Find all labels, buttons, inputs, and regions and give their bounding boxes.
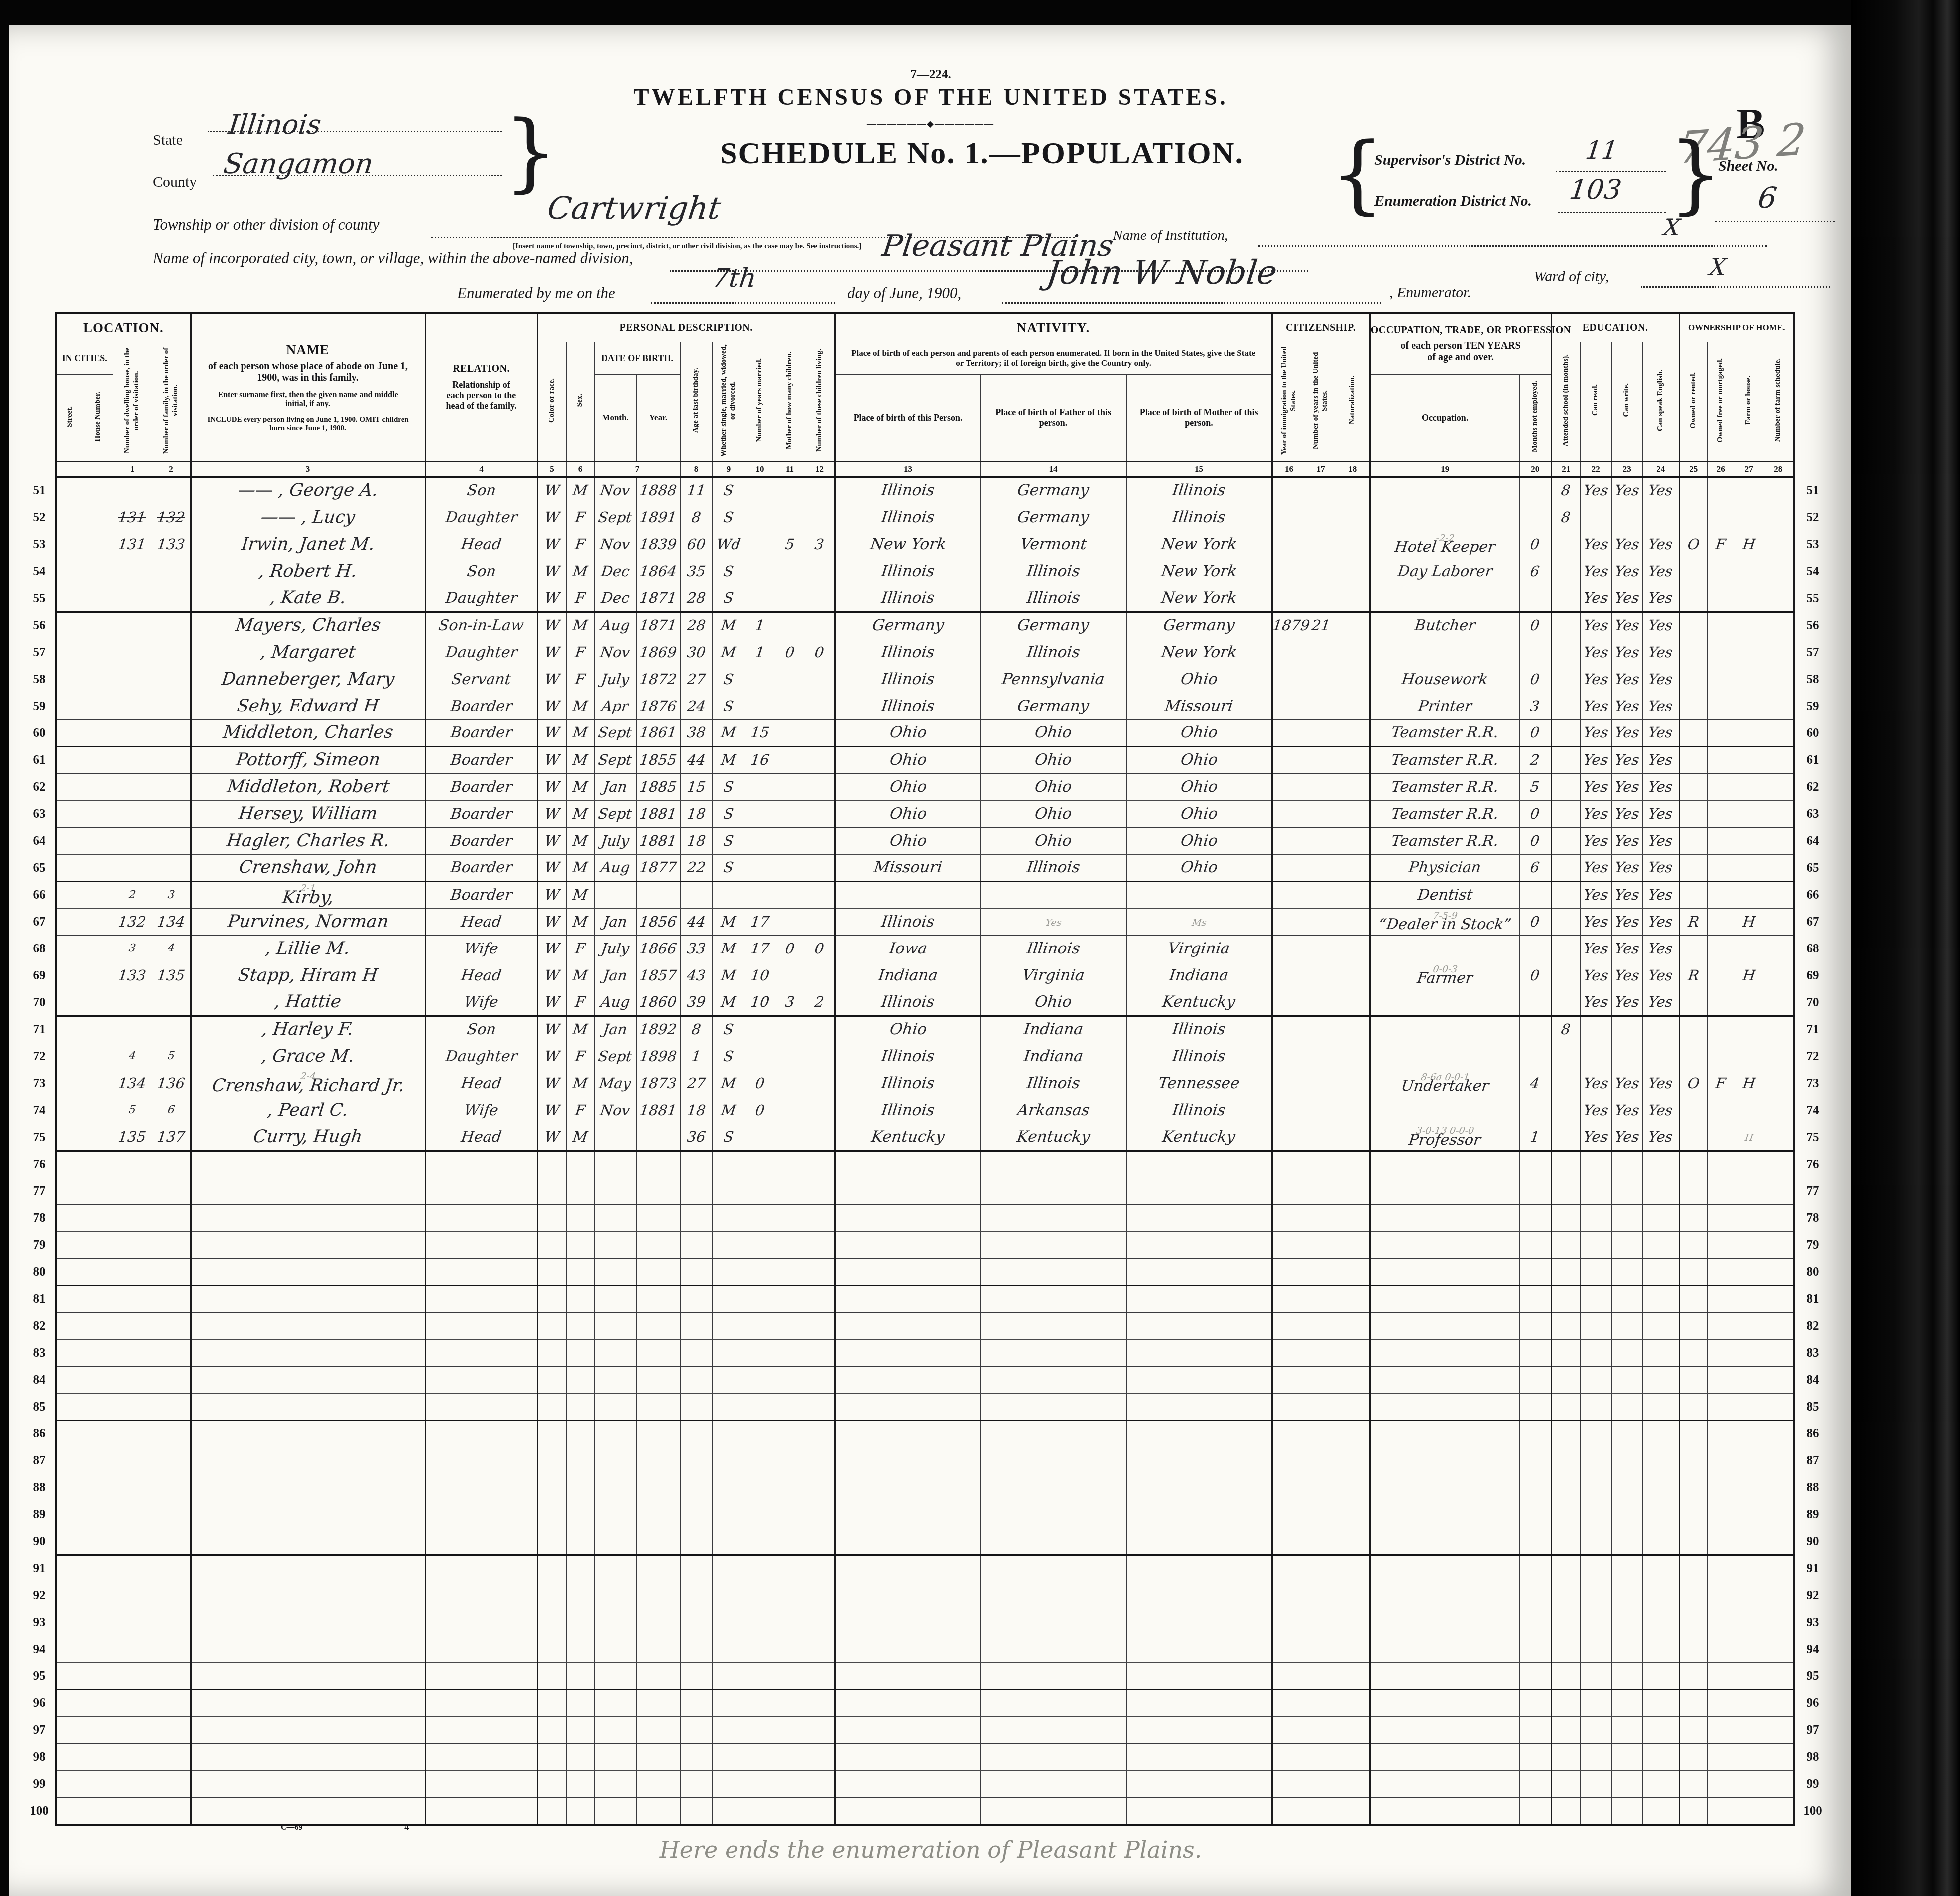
table-row: 51—— , George A.SonWMNov188811SIllinoisG… (24, 477, 1831, 504)
cell-fam (152, 1717, 191, 1744)
cell-moth (775, 1313, 805, 1340)
name-title: NAME (192, 342, 425, 358)
cell-st (56, 585, 84, 612)
cell-pm (1126, 1582, 1272, 1609)
col-num-6: 6 (566, 461, 594, 477)
cell-race: W (537, 558, 566, 585)
cell-fsch (1763, 1528, 1794, 1555)
table-row: 62Middleton, RobertBoarderWMJan188515SOh… (24, 774, 1831, 801)
cell-bm: Jan (594, 1016, 636, 1043)
group-occupation: OCCUPATION, TRADE, OR PROFESSION of each… (1370, 313, 1551, 375)
cell-fsch (1763, 1124, 1794, 1151)
cell-sch (1551, 1771, 1580, 1798)
cell-race (537, 1582, 566, 1609)
cell-yus (1306, 1286, 1336, 1313)
cell-pm: Ms (1126, 909, 1272, 936)
cell-bm (594, 1178, 636, 1205)
row-number-right: 99 (1794, 1771, 1831, 1798)
cell-occ: Day Laborer (1370, 558, 1519, 585)
row-number-left: 61 (24, 747, 56, 774)
cell-race (537, 1528, 566, 1555)
cell-race (537, 1447, 566, 1474)
cell-sch (1551, 1690, 1580, 1717)
cell-moth (775, 1367, 805, 1394)
cell-age: 44 (680, 909, 712, 936)
cell-en (1642, 1798, 1679, 1825)
row-number-left: 89 (24, 1501, 56, 1528)
cell-sch (1551, 1151, 1580, 1178)
cell-by: 1869 (636, 639, 680, 666)
cell-pf: Yes (980, 909, 1126, 936)
cell-yus (1306, 962, 1336, 989)
cell-fam (152, 693, 191, 720)
cell-imm (1272, 1178, 1306, 1205)
cell-nat (1336, 1151, 1370, 1178)
cell-mne: 3 (1519, 693, 1551, 720)
header-street: Street. (56, 375, 84, 462)
cell-by: 1898 (636, 1043, 680, 1070)
cell-rd: Yes (1580, 720, 1611, 747)
cell-st (56, 1421, 84, 1447)
cell-rel: Son (425, 558, 537, 585)
cell-bm: Jan (594, 962, 636, 989)
cell-imm (1272, 1205, 1306, 1232)
cell-wr: Yes (1611, 531, 1642, 558)
row-number-right: 63 (1794, 801, 1831, 828)
cell-st (56, 1367, 84, 1394)
cell-ym (745, 1259, 775, 1286)
cell-fh (1735, 936, 1763, 962)
cell-yus (1306, 585, 1336, 612)
col-num-12: 12 (805, 461, 835, 477)
cell-ym (745, 504, 775, 531)
cell-fm (1707, 1178, 1735, 1205)
cell-pf: Germany (980, 612, 1126, 639)
cell-wr: Yes (1611, 720, 1642, 747)
cell-by (636, 1636, 680, 1663)
cell-mne (1519, 1555, 1551, 1582)
cell-pf (980, 1286, 1126, 1313)
group-name: NAME of each person whose place of abode… (191, 313, 425, 461)
cell-fsch (1763, 882, 1794, 909)
cell-moth (775, 1151, 805, 1178)
cell-rel (425, 1205, 537, 1232)
cell-sex (566, 1421, 594, 1447)
cell-age: 8 (680, 504, 712, 531)
cell-nat (1336, 720, 1370, 747)
cell-own (1679, 1097, 1707, 1124)
cell-ym (745, 774, 775, 801)
cell-fh (1735, 989, 1763, 1016)
header-family-number: Number of family, in the order of visita… (152, 342, 191, 462)
cell-moth (775, 693, 805, 720)
cell-pm (1126, 1232, 1272, 1259)
cell-by: 1866 (636, 936, 680, 962)
cell-pb: Ohio (835, 720, 980, 747)
cell-name: 2-4Crenshaw, Richard Jr. (191, 1070, 425, 1097)
cell-mne (1519, 1367, 1551, 1394)
cell-bm (594, 1555, 636, 1582)
cell-imm (1272, 1636, 1306, 1663)
cell-own (1679, 1016, 1707, 1043)
cell-pm: Indiana (1126, 962, 1272, 989)
cell-pf (980, 1151, 1126, 1178)
cell-pm (1126, 1474, 1272, 1501)
cell-wr (1611, 1663, 1642, 1690)
cell-rel (425, 1528, 537, 1555)
cell-en: Yes (1642, 747, 1679, 774)
cell-fh (1735, 1771, 1763, 1798)
cell-rel (425, 1555, 537, 1582)
row-number-right: 73 (1794, 1070, 1831, 1097)
cell-race: W (537, 504, 566, 531)
row-number-left: 86 (24, 1421, 56, 1447)
cell-yus (1306, 693, 1336, 720)
enumeration-district-value: 103 (1568, 174, 1623, 205)
cell-rd (1580, 1447, 1611, 1474)
cell-pf (980, 1474, 1126, 1501)
cell-sch (1551, 1609, 1580, 1636)
cell-en (1642, 1771, 1679, 1798)
cell-yus (1306, 720, 1336, 747)
table-row: 100100 (24, 1798, 1831, 1825)
row-number-right: 51 (1794, 477, 1831, 504)
cell-ym (745, 1340, 775, 1367)
cell-liv (805, 1421, 835, 1447)
cell-fh (1735, 1016, 1763, 1043)
cell-own: O (1679, 531, 1707, 558)
cell-own (1679, 1394, 1707, 1421)
cell-liv (805, 693, 835, 720)
cell-own (1679, 1043, 1707, 1070)
cell-mar (712, 1286, 745, 1313)
cell-fam (152, 558, 191, 585)
cell-rel: Boarder (425, 720, 537, 747)
cell-hn (84, 1798, 113, 1825)
cell-pm: New York (1126, 639, 1272, 666)
cell-sch (1551, 1555, 1580, 1582)
cell-race: W (537, 639, 566, 666)
cell-wr: Yes (1611, 558, 1642, 585)
cell-by (636, 1771, 680, 1798)
cell-fh (1735, 1582, 1763, 1609)
cell-mar (712, 1555, 745, 1582)
cell-pb: Ohio (835, 747, 980, 774)
cell-pm: Illinois (1126, 1097, 1272, 1124)
cell-ym (745, 666, 775, 693)
cell-pb: Kentucky (835, 1124, 980, 1151)
cell-en: Yes (1642, 855, 1679, 882)
cell-mne (1519, 1259, 1551, 1286)
cell-own (1679, 1501, 1707, 1528)
cell-pf: Kentucky (980, 1124, 1126, 1151)
cell-st (56, 666, 84, 693)
table-row: 9595 (24, 1663, 1831, 1690)
cell-pf (980, 882, 1126, 909)
cell-moth (775, 1124, 805, 1151)
cell-fm (1707, 477, 1735, 504)
cell-en: Yes (1642, 693, 1679, 720)
census-sheet: 7—224. TWELFTH CENSUS OF THE UNITED STAT… (9, 25, 1852, 1896)
cell-occ: 8-6a 0-0-1Undertaker (1370, 1070, 1519, 1097)
table-row: 67132134Purvines, NormanHeadWMJan185644M… (24, 909, 1831, 936)
cell-by: 1877 (636, 855, 680, 882)
cell-rel: Daughter (425, 504, 537, 531)
cell-ym: 0 (745, 1070, 775, 1097)
cell-name: 2-1Kirby, (191, 882, 425, 909)
sheet-no-value: 6 (1756, 181, 1779, 215)
cell-dw (113, 1313, 152, 1340)
cell-imm (1272, 1043, 1306, 1070)
cell-pf (980, 1798, 1126, 1825)
cell-dw (113, 1717, 152, 1744)
cell-own (1679, 585, 1707, 612)
cell-fsch (1763, 962, 1794, 989)
cell-mar: S (712, 693, 745, 720)
cell-rel (425, 1690, 537, 1717)
cell-rd: Yes (1580, 1124, 1611, 1151)
cell-moth (775, 1016, 805, 1043)
cell-sex: M (566, 828, 594, 855)
cell-moth (775, 612, 805, 639)
cell-mne (1519, 1232, 1551, 1259)
cell-moth (775, 720, 805, 747)
group-relation: RELATION. Relationship of each person to… (425, 313, 537, 461)
cell-en (1642, 1555, 1679, 1582)
cell-rd (1580, 1178, 1611, 1205)
cell-fsch (1763, 504, 1794, 531)
cell-sex: F (566, 666, 594, 693)
cell-own (1679, 1178, 1707, 1205)
cell-fh (1735, 693, 1763, 720)
cell-imm (1272, 504, 1306, 531)
cell-yus (1306, 1421, 1336, 1447)
cell-st (56, 720, 84, 747)
cell-rel (425, 1313, 537, 1340)
cell-fh (1735, 1744, 1763, 1771)
cell-age (680, 1259, 712, 1286)
row-number-right: 54 (1794, 558, 1831, 585)
cell-bm (594, 1744, 636, 1771)
cell-pb (835, 1798, 980, 1825)
cell-st (56, 1690, 84, 1717)
cell-sch (1551, 1798, 1580, 1825)
cell-name (191, 1717, 425, 1744)
cell-fm (1707, 909, 1735, 936)
row-number-left: 81 (24, 1286, 56, 1313)
cell-mar: S (712, 855, 745, 882)
cell-fam: 3 (152, 882, 191, 909)
cell-pf (980, 1421, 1126, 1447)
enumerated-label-1: Enumerated by me on the (457, 284, 615, 302)
occupation-desc: of each person TEN YEARS of age and over… (1371, 336, 1551, 363)
cell-own (1679, 720, 1707, 747)
cell-fam (152, 612, 191, 639)
cell-mne (1519, 1313, 1551, 1340)
cell-race (537, 1501, 566, 1528)
cell-yus (1306, 1501, 1336, 1528)
cell-by: 1881 (636, 801, 680, 828)
cell-nat (1336, 558, 1370, 585)
cell-fm (1707, 1555, 1735, 1582)
table-row: 63Hersey, WilliamBoarderWMSept188118SOhi… (24, 801, 1831, 828)
table-row: 52131132—— , LucyDaughterWFSept18918SIll… (24, 504, 1831, 531)
cell-sex: M (566, 1124, 594, 1151)
cell-name: , Pearl C. (191, 1097, 425, 1124)
cell-liv (805, 1070, 835, 1097)
cell-occ (1370, 1717, 1519, 1744)
cell-liv: 2 (805, 989, 835, 1016)
cell-sch (1551, 962, 1580, 989)
cell-dw (113, 1367, 152, 1394)
cell-moth (775, 1205, 805, 1232)
cell-pb (835, 1663, 980, 1690)
cell-rd (1580, 1798, 1611, 1825)
col-num-3: 3 (191, 461, 425, 477)
cell-pf (980, 1717, 1126, 1744)
cell-st (56, 774, 84, 801)
cell-moth (775, 1636, 805, 1663)
col-num-17: 17 (1306, 461, 1336, 477)
cell-race: W (537, 909, 566, 936)
cell-by (636, 1663, 680, 1690)
cell-race (537, 1178, 566, 1205)
cell-moth (775, 1609, 805, 1636)
cell-name (191, 1313, 425, 1340)
cell-imm (1272, 1744, 1306, 1771)
cell-imm (1272, 639, 1306, 666)
cell-yus (1306, 1340, 1336, 1367)
cell-fm (1707, 1016, 1735, 1043)
cell-mar (712, 1636, 745, 1663)
cell-hn (84, 1771, 113, 1798)
cell-rel: Servant (425, 666, 537, 693)
cell-bm (594, 1771, 636, 1798)
cell-rel: Head (425, 909, 537, 936)
cell-yus (1306, 1313, 1336, 1340)
cell-pf (980, 1205, 1126, 1232)
cell-sex: M (566, 882, 594, 909)
cell-yus (1306, 666, 1336, 693)
cell-mne (1519, 1016, 1551, 1043)
cell-moth (775, 1259, 805, 1286)
cell-pf (980, 1313, 1126, 1340)
cell-fsch (1763, 855, 1794, 882)
cell-wr (1611, 1286, 1642, 1313)
cell-imm (1272, 1097, 1306, 1124)
cell-en: Yes (1642, 828, 1679, 855)
cell-mne (1519, 1609, 1551, 1636)
row-number-left: 64 (24, 828, 56, 855)
cell-age: 44 (680, 747, 712, 774)
row-number-right: 86 (1794, 1421, 1831, 1447)
cell-age (680, 1394, 712, 1421)
cell-name: , Harley F. (191, 1016, 425, 1043)
cell-rd (1580, 1582, 1611, 1609)
cell-st (56, 1555, 84, 1582)
cell-imm (1272, 1717, 1306, 1744)
cell-yus (1306, 1043, 1336, 1070)
table-row: 55, Kate B.DaughterWFDec187128SIllinoisI… (24, 585, 1831, 612)
cell-fsch (1763, 1771, 1794, 1798)
cell-mar (712, 1501, 745, 1528)
cell-imm (1272, 1771, 1306, 1798)
cell-age: 28 (680, 585, 712, 612)
cell-sch (1551, 1043, 1580, 1070)
cell-liv (805, 1582, 835, 1609)
cell-age (680, 1744, 712, 1771)
cell-fh (1735, 1340, 1763, 1367)
cell-fam: 4 (152, 936, 191, 962)
cell-by: 1888 (636, 477, 680, 504)
cell-rel: Wife (425, 989, 537, 1016)
cell-race: W (537, 531, 566, 558)
cell-bm (594, 1232, 636, 1259)
cell-race: W (537, 693, 566, 720)
cell-fsch (1763, 1447, 1794, 1474)
header-birth-father: Place of birth of Father of this person. (980, 375, 1126, 462)
cell-dw (113, 1421, 152, 1447)
cell-name: —— , Lucy (191, 504, 425, 531)
cell-name: Hagler, Charles R. (191, 828, 425, 855)
cell-occ (1370, 1313, 1519, 1340)
cell-ym (745, 1744, 775, 1771)
cell-liv (805, 1232, 835, 1259)
name-desc-1: of each person whose place of abode on J… (192, 358, 425, 384)
cell-en (1642, 1016, 1679, 1043)
cell-sex (566, 1340, 594, 1367)
cell-imm (1272, 855, 1306, 882)
cell-liv (805, 1178, 835, 1205)
cell-rel (425, 1609, 537, 1636)
cell-own (1679, 504, 1707, 531)
cell-nat (1336, 504, 1370, 531)
cell-st (56, 1744, 84, 1771)
row-number-right: 60 (1794, 720, 1831, 747)
cell-liv (805, 666, 835, 693)
cell-pm (1126, 1717, 1272, 1744)
cell-mne (1519, 1690, 1551, 1717)
cell-rd: Yes (1580, 585, 1611, 612)
cell-by (636, 1286, 680, 1313)
cell-pm: Illinois (1126, 477, 1272, 504)
cell-age: 18 (680, 801, 712, 828)
cell-nat (1336, 1070, 1370, 1097)
cell-ym (745, 1501, 775, 1528)
cell-moth (775, 1070, 805, 1097)
cell-hn (84, 1528, 113, 1555)
cell-hn (84, 801, 113, 828)
cell-nat (1336, 1555, 1370, 1582)
cell-pm (1126, 1205, 1272, 1232)
cell-moth: 3 (775, 989, 805, 1016)
cell-occ: Dentist (1370, 882, 1519, 909)
cell-mar (712, 1717, 745, 1744)
cell-wr (1611, 1582, 1642, 1609)
cell-rel: Son (425, 477, 537, 504)
header-in-cities: IN CITIES. (56, 342, 113, 375)
cell-pb: Illinois (835, 1043, 980, 1070)
cell-own (1679, 1124, 1707, 1151)
row-number-right: 69 (1794, 962, 1831, 989)
cell-yus (1306, 1474, 1336, 1501)
cell-mne: 5 (1519, 774, 1551, 801)
cell-imm (1272, 909, 1306, 936)
cell-sex: F (566, 1043, 594, 1070)
cell-st (56, 1259, 84, 1286)
supervisor-label: Supervisor's District No. (1374, 152, 1526, 169)
cell-pb (835, 1259, 980, 1286)
